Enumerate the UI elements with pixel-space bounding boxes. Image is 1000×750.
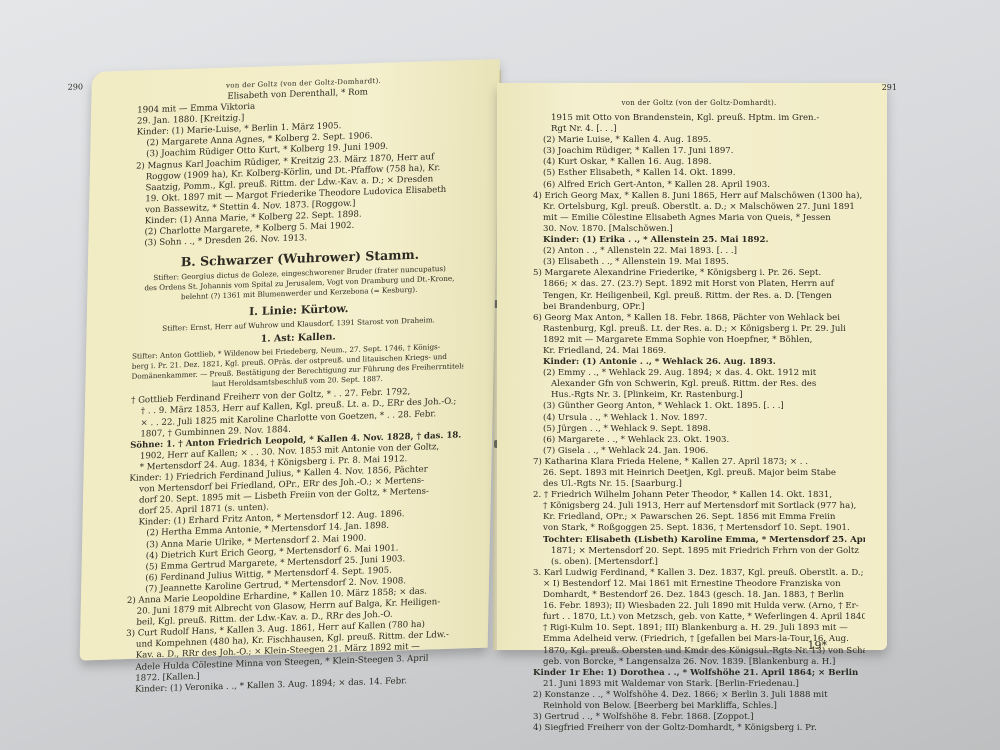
entry-line: 26. Sept. 1893 mit Heinrich Deetjen, Kgl… — [533, 468, 865, 479]
open-book: 290 von der Goltz (von der Goltz-Domhard… — [0, 0, 1000, 750]
entry-line: (2) Anton . ., * Allenstein 22. Mai 1893… — [533, 246, 865, 257]
entry-line: Kinder 1r Ehe: 1) Dorothea . ., * Wolfsh… — [533, 668, 865, 679]
entry-line: von Stark, * Roßgoggen 25. Sept. 1836, †… — [533, 523, 865, 534]
entry-line: (3) Günther Georg Anton, * Wehlack 1. Ok… — [533, 401, 865, 412]
entry-line: 1871; ⨯ Mertensdorf 20. Sept. 1895 mit F… — [533, 546, 865, 557]
entry-line: † Rigi-Kulm 10. Sept. 1891; III) Blanken… — [533, 623, 865, 634]
entry-line: 30. Nov. 1870. [Malschöwen.] — [533, 224, 865, 235]
entry-line: (3) Joachim Rüdiger, * Kallen 17. Juni 1… — [533, 146, 865, 157]
entry-line: Kr. Friedland, 24. Mai 1869. — [533, 346, 865, 357]
entry-line: Kr. Ortelsburg, Kgl. preuß. Oberstlt. a.… — [533, 202, 865, 213]
page-number: 290 — [68, 82, 83, 91]
entry-line: (6) Alfred Erich Gert-Anton, * Kallen 28… — [533, 180, 865, 191]
running-head: von der Goltz (von der Goltz-Domhardt). — [533, 99, 865, 107]
entry-line: 2. † Friedrich Wilhelm Johann Peter Theo… — [533, 490, 865, 501]
entry-line: 3. Karl Ludwig Ferdinand, * Kallen 3. De… — [533, 568, 865, 579]
entry-line: furt . . 1870, Lt.) von Metzsch, geb. vo… — [533, 612, 865, 623]
entry-line: Kinder: (1) Antonie . ., * Wehlack 26. A… — [533, 357, 865, 368]
entry-line: † Königsberg 24. Juli 1913, Herr auf Mer… — [533, 501, 865, 512]
left-page: 290 von der Goltz (von der Goltz-Domhard… — [80, 59, 500, 660]
entry-line: Kr. Friedland, OPr.; ⨯ Pawarschen 26. Se… — [533, 512, 865, 523]
entry-line: 6) Georg Max Anton, * Kallen 18. Febr. 1… — [533, 313, 865, 324]
signature-mark: 19* — [808, 639, 828, 652]
entry-line: Reinhold von Below. [Beerberg bei Markli… — [533, 701, 865, 712]
entry-line: Tochter: Elisabeth (Lisbeth) Karoline Em… — [533, 535, 865, 546]
entry-line: 1866; ⨯ das. 27. (23.?) Sept. 1892 mit H… — [533, 279, 865, 290]
entry-line: (6) Margarete . ., * Wehlack 23. Okt. 19… — [533, 435, 865, 446]
entry-line: Alexander Gfn von Schwerin, Kgl. preuß. … — [533, 379, 865, 390]
entry-line: Domhardt, * Bestendorf 26. Dez. 1843 (ge… — [533, 590, 865, 601]
entry-line: des Ul.-Rgts Nr. 15. [Saarburg.] — [533, 479, 865, 490]
entry-line: (7) Gisela . ., * Wehlack 24. Jan. 1906. — [533, 446, 865, 457]
entry-line: Kinder: (1) Erika . ., * Allenstein 25. … — [533, 235, 865, 246]
entry-line: 1915 mit Otto von Brandenstein, Kgl. pre… — [533, 113, 865, 124]
entry-line: geb. von Borcke, * Langensalza 26. Nov. … — [533, 657, 865, 668]
entry-line: Tengen, Kr. Heiligenbeil, Kgl. preuß. Ri… — [533, 291, 865, 302]
entry-line: 1892 mit — Margarete Emma Sophie von Hoe… — [533, 335, 865, 346]
entry-line: 4) Siegfried Freiherr von der Goltz-Domh… — [533, 723, 865, 734]
genealogy-entries: † Gottlieb Ferdinand Freiherr von der Go… — [125, 386, 463, 696]
page-number: 291 — [882, 83, 897, 92]
entry-line: (4) Kurt Oskar, * Kallen 16. Aug. 1898. — [533, 157, 865, 168]
entry-line: 4) Erich Georg Max, * Kallen 8. Juni 186… — [533, 191, 865, 202]
entry-line: mit — Emilie Cölestine Elisabeth Agnes M… — [533, 213, 865, 224]
entry-line: (2) Emmy . ., * Wehlack 29. Aug. 1894; ⨯… — [533, 368, 865, 379]
entry-line: bei Brandenburg, OPr.] — [533, 302, 865, 313]
entry-line: (4) Ursula . ., * Wehlack 1. Nov. 1897. — [533, 413, 865, 424]
entry-line: 7) Katharina Klara Frieda Helene, * Kall… — [533, 457, 865, 468]
right-page: von der Goltz (von der Goltz-Domhardt). … — [497, 83, 887, 650]
entry-line: ⨯ I) Bestendorf 12. Mai 1861 mit Ernesti… — [533, 579, 865, 590]
entry-line: 5) Margarete Alexandrine Friederike, * K… — [533, 268, 865, 279]
entry-line: (5) Jürgen . ., * Wehlack 9. Sept. 1898. — [533, 424, 865, 435]
entry-line: 2) Konstanze . ., * Wolfshöhe 4. Dez. 18… — [533, 690, 865, 701]
entry-line: (s. oben). [Mertensdorf.] — [533, 557, 865, 568]
entry-line: (2) Marie Luise, * Kallen 4. Aug. 1895. — [533, 135, 865, 146]
entry-line: 16. Febr. 1893); II) Wiesbaden 22. Juli … — [533, 601, 865, 612]
entry-line: Rastenburg, Kgl. preuß. Lt. der Res. a. … — [533, 324, 865, 335]
entry-line: 3) Gertrud . ., * Wolfshöhe 8. Febr. 186… — [533, 712, 865, 723]
entry-line: (3) Elisabeth . ., * Allenstein 19. Mai … — [533, 257, 865, 268]
continued-entries: Elisabeth von Derenthall, * Rom 1904 mit… — [134, 84, 469, 250]
entry-line: (5) Esther Elisabeth, * Kallen 14. Okt. … — [533, 168, 865, 179]
entry-line: 21. Juni 1893 mit Waldemar von Stark. [B… — [533, 679, 865, 690]
entry-line: Hus.-Rgts Nr. 3. [Plinkeim, Kr. Rastenbu… — [533, 390, 865, 401]
entry-line: Rgt Nr. 4. [. . .] — [533, 124, 865, 135]
